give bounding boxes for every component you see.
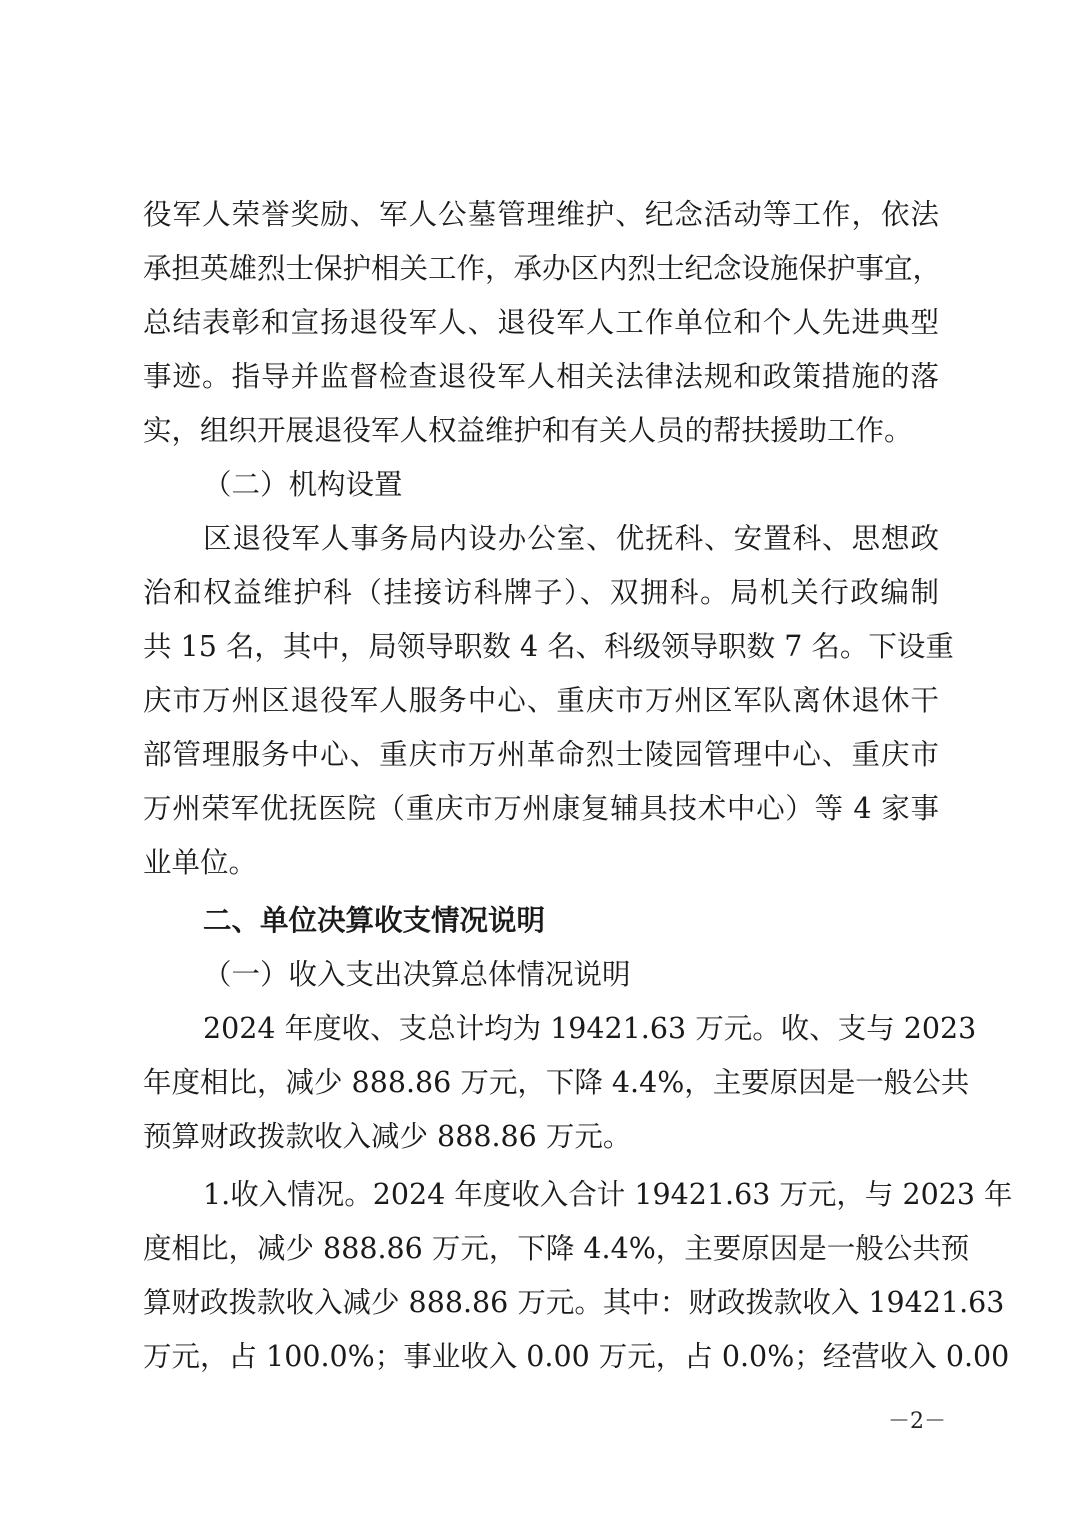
- text-line: 承担英雄烈士保护相关工作，承办区内烈士纪念设施保护事宜，: [143, 242, 939, 296]
- text-line: 庆市万州区退役军人服务中心、重庆市万州区军队离休退休干: [143, 674, 939, 728]
- paragraph-organization: 区退役军人事务局内设办公室、优抚科、安置科、思想政 治和权益维护科（挂接访科牌子…: [143, 512, 939, 890]
- document-page: 役军人荣誉奖励、军人公墓管理维护、纪念活动等工作，依法 承担英雄烈士保护相关工作…: [143, 188, 939, 1384]
- text-line: 万元，占 100.0%；事业收入 0.00 万元，占 0.0%；经营收入 0.0…: [143, 1330, 939, 1384]
- page-number: －2－: [888, 1404, 946, 1435]
- text-line: 实，组织开展退役军人权益维护和有关人员的帮扶援助工作。: [143, 404, 939, 458]
- paragraph-totals: 2024 年度收、支总计均为 19421.63 万元。收、支与 2023 年度相…: [143, 1002, 939, 1164]
- text-line: 共 15 名，其中，局领导职数 4 名、科级领导职数 7 名。下设重: [143, 620, 939, 674]
- subheading-organization-setup: （二）机构设置: [143, 458, 939, 512]
- text-line: 事迹。指导并监督检查退役军人相关法律法规和政策措施的落: [143, 350, 939, 404]
- text-line: 役军人荣誉奖励、军人公墓管理维护、纪念活动等工作，依法: [143, 188, 939, 242]
- text-line: 年度相比，减少 888.86 万元，下降 4.4%，主要原因是一般公共: [143, 1056, 939, 1110]
- text-line: 2024 年度收、支总计均为 19421.63 万元。收、支与 2023: [143, 1002, 939, 1056]
- subheading-overall-income-expenditure: （一）收入支出决算总体情况说明: [143, 948, 939, 1002]
- text-line: 算财政拨款收入减少 888.86 万元。其中：财政拨款收入 19421.63: [143, 1276, 939, 1330]
- paragraph-responsibilities-continuation: 役军人荣誉奖励、军人公墓管理维护、纪念活动等工作，依法 承担英雄烈士保护相关工作…: [143, 188, 939, 458]
- paragraph-income: 1.收入情况。2024 年度收入合计 19421.63 万元，与 2023 年 …: [143, 1168, 939, 1384]
- text-line: 万州荣军优抚医院（重庆市万州康复辅具技术中心）等 4 家事: [143, 782, 939, 836]
- section-heading-budget-explanation: 二、单位决算收支情况说明: [143, 894, 939, 948]
- text-line: 度相比，减少 888.86 万元，下降 4.4%，主要原因是一般公共预: [143, 1222, 939, 1276]
- text-line: 业单位。: [143, 836, 939, 890]
- text-line: 预算财政拨款收入减少 888.86 万元。: [143, 1110, 939, 1164]
- text-line: 部管理服务中心、重庆市万州革命烈士陵园管理中心、重庆市: [143, 728, 939, 782]
- text-line: 1.收入情况。2024 年度收入合计 19421.63 万元，与 2023 年: [143, 1168, 939, 1222]
- text-line: 总结表彰和宣扬退役军人、退役军人工作单位和个人先进典型: [143, 296, 939, 350]
- text-line: 区退役军人事务局内设办公室、优抚科、安置科、思想政: [143, 512, 939, 566]
- text-line: 治和权益维护科（挂接访科牌子）、双拥科。局机关行政编制: [143, 566, 939, 620]
